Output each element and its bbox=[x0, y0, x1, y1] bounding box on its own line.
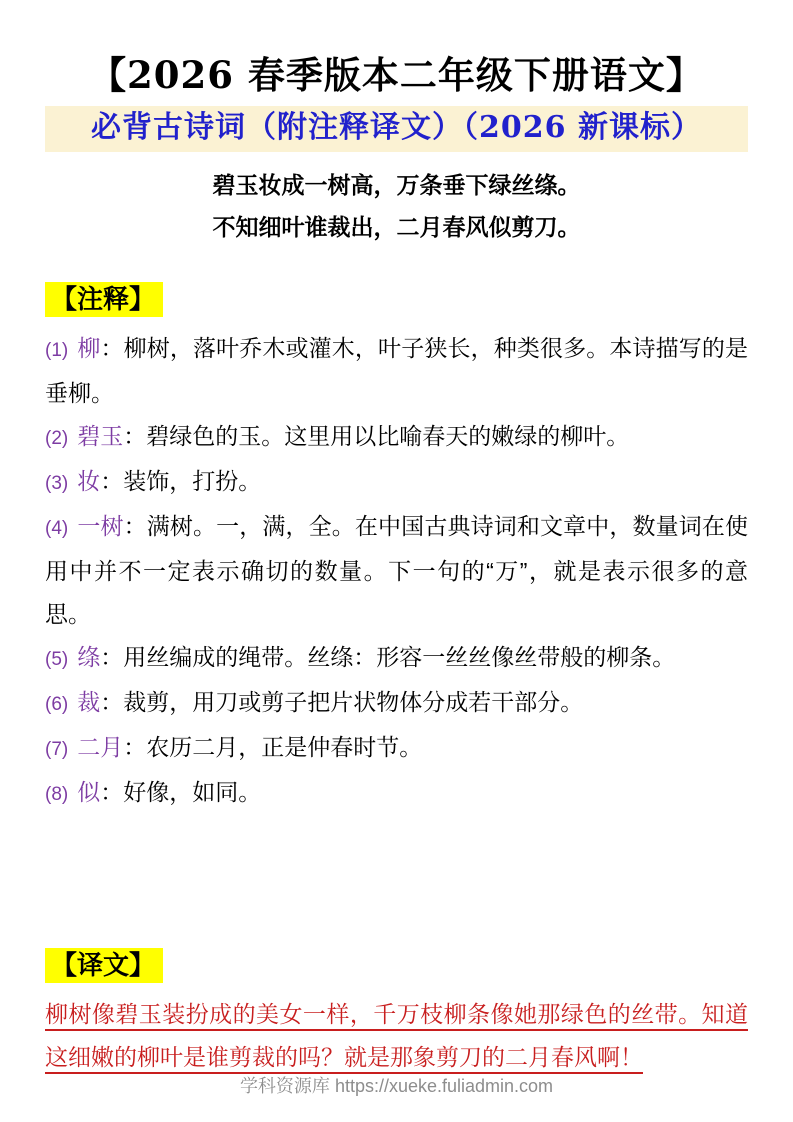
note-number: (5) bbox=[45, 649, 68, 670]
note-item-8: (8)似：好像，如同。 bbox=[45, 771, 748, 816]
subtitle-band: 必背古诗词（附注释译文）（2026 新课标） bbox=[45, 106, 748, 152]
note-term: 碧玉 bbox=[77, 423, 123, 449]
note-term: 柳 bbox=[77, 335, 100, 361]
poem-block: 碧玉妆成一树高，万条垂下绿丝绦。 不知细叶谁裁出，二月春风似剪刀。 bbox=[45, 164, 748, 248]
note-item-2: (2)碧玉：碧绿色的玉。这里用以比喻春天的嫩绿的柳叶。 bbox=[45, 415, 748, 460]
note-number: (7) bbox=[45, 739, 68, 760]
note-term: 二月 bbox=[77, 734, 123, 760]
translation-heading: 【译文】 bbox=[45, 948, 163, 983]
page-subtitle: 必背古诗词（附注释译文）（2026 新课标） bbox=[91, 110, 702, 145]
note-item-3: (3)妆：装饰，打扮。 bbox=[45, 460, 748, 505]
note-text: ：装饰，打扮。 bbox=[100, 468, 261, 494]
note-number: (3) bbox=[45, 473, 68, 494]
page-title: 【2026 春季版本二年级下册语文】 bbox=[45, 50, 748, 100]
note-number: (8) bbox=[45, 784, 68, 805]
note-text: ：好像，如同。 bbox=[100, 779, 261, 805]
note-text: ：用丝编成的绳带。丝绦：形容一丝丝像丝带般的柳条。 bbox=[100, 644, 675, 670]
note-item-5: (5)绦：用丝编成的绳带。丝绦：形容一丝丝像丝带般的柳条。 bbox=[45, 636, 748, 681]
footer-source-url: 学科资源库 https://xueke.fuliadmin.com bbox=[0, 1072, 793, 1098]
note-term: 似 bbox=[77, 779, 100, 805]
page-content: 【2026 春季版本二年级下册语文】 必背古诗词（附注释译文）（2026 新课标… bbox=[0, 50, 793, 1079]
document-page: 【2026 春季版本二年级下册语文】 必背古诗词（附注释译文）（2026 新课标… bbox=[0, 0, 793, 1122]
note-item-6: (6)裁：裁剪，用刀或剪子把片状物体分成若干部分。 bbox=[45, 681, 748, 726]
poem-line-2: 不知细叶谁裁出，二月春风似剪刀。 bbox=[45, 206, 748, 248]
poem-line-1: 碧玉妆成一树高，万条垂下绿丝绦。 bbox=[45, 164, 748, 206]
note-term: 绦 bbox=[77, 644, 100, 670]
note-number: (2) bbox=[45, 428, 68, 449]
note-text: ：柳树，落叶乔木或灌木，叶子狭长，种类很多。本诗描写的是垂柳。 bbox=[45, 335, 748, 406]
note-number: (6) bbox=[45, 694, 68, 715]
note-term: 妆 bbox=[77, 468, 100, 494]
note-term: 裁 bbox=[77, 689, 100, 715]
notes-heading: 【注释】 bbox=[45, 282, 163, 317]
translation-text: 柳树像碧玉装扮成的美女一样，千万枝柳条像她那绿色的丝带。知道这细嫩的柳叶是谁剪裁… bbox=[45, 993, 748, 1079]
note-item-7: (7)二月：农历二月，正是仲春时节。 bbox=[45, 726, 748, 771]
note-number: (1) bbox=[45, 340, 68, 361]
note-text: ：裁剪，用刀或剪子把片状物体分成若干部分。 bbox=[100, 689, 583, 715]
note-number: (4) bbox=[45, 518, 68, 539]
note-text: ：满树。一，满，全。在中国古典诗词和文章中，数量词在使用中并不一定表示确切的数量… bbox=[45, 513, 748, 627]
note-term: 一树 bbox=[77, 513, 123, 539]
note-item-1: (1)柳：柳树，落叶乔木或灌木，叶子狭长，种类很多。本诗描写的是垂柳。 bbox=[45, 327, 748, 415]
note-text: ：农历二月，正是仲春时节。 bbox=[123, 734, 422, 760]
note-item-4: (4)一树：满树。一，满，全。在中国古典诗词和文章中，数量词在使用中并不一定表示… bbox=[45, 505, 748, 636]
notes-list: (1)柳：柳树，落叶乔木或灌木，叶子狭长，种类很多。本诗描写的是垂柳。 (2)碧… bbox=[45, 327, 748, 816]
note-text: ：碧绿色的玉。这里用以比喻春天的嫩绿的柳叶。 bbox=[123, 423, 629, 449]
